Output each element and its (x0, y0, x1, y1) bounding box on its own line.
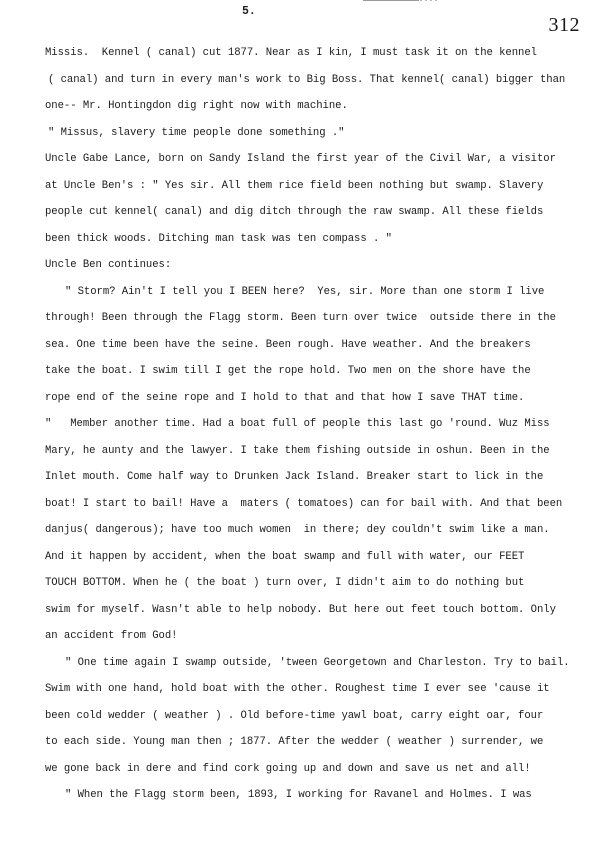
text-line: to each side. Young man then ; 1877. Aft… (45, 729, 585, 756)
text-line: an accident from God! (45, 623, 585, 650)
text-line: Inlet mouth. Come half way to Drunken Ja… (45, 464, 585, 491)
scan-artifact-dots (420, 0, 440, 1)
text-line: Mary, he aunty and the lawyer. I take th… (45, 438, 585, 465)
text-line: Swim with one hand, hold boat with the o… (45, 676, 585, 703)
page-number: 5. (242, 5, 256, 18)
text-line: been thick woods. Ditching man task was … (45, 226, 585, 253)
typewritten-page: 5. 312 Missis. Kennel ( canal) cut 1877.… (0, 0, 600, 844)
text-line: Missis. Kennel ( canal) cut 1877. Near a… (45, 40, 585, 67)
text-line: swim for myself. Wasn't able to help nob… (45, 597, 585, 624)
text-line: ( canal) and turn in every man's work to… (45, 67, 585, 94)
text-line: " When the Flagg storm been, 1893, I wor… (45, 782, 585, 809)
text-line: one-- Mr. Hontingdon dig right now with … (45, 93, 585, 120)
text-line: we gone back in dere and find cork going… (45, 756, 585, 783)
text-line: take the boat. I swim till I get the rop… (45, 358, 585, 385)
transcript-body: Missis. Kennel ( canal) cut 1877. Near a… (45, 40, 585, 809)
text-line: " Member another time. Had a boat full o… (45, 411, 585, 438)
text-line: " Storm? Ain't I tell you I BEEN here? Y… (45, 279, 585, 306)
text-line: And it happen by accident, when the boat… (45, 544, 585, 571)
text-line: through! Been through the Flagg storm. B… (45, 305, 585, 332)
text-line: Uncle Gabe Lance, born on Sandy Island t… (45, 146, 585, 173)
text-line: danjus( dangerous); have too much women … (45, 517, 585, 544)
text-line: been cold wedder ( weather ) . Old befor… (45, 703, 585, 730)
folio-number: 312 (549, 14, 581, 37)
text-line: boat! I start to bail! Have a maters ( t… (45, 491, 585, 518)
text-line: sea. One time been have the seine. Been … (45, 332, 585, 359)
text-line: " Missus, slavery time people done somet… (45, 120, 585, 147)
text-line: at Uncle Ben's : " Yes sir. All them ric… (45, 173, 585, 200)
scan-artifact-line (363, 0, 419, 1)
text-line: rope end of the seine rope and I hold to… (45, 385, 585, 412)
text-line: " One time again I swamp outside, 'tween… (45, 650, 585, 677)
text-line: TOUCH BOTTOM. When he ( the boat ) turn … (45, 570, 585, 597)
text-line: Uncle Ben continues: (45, 252, 585, 279)
text-line: people cut kennel( canal) and dig ditch … (45, 199, 585, 226)
